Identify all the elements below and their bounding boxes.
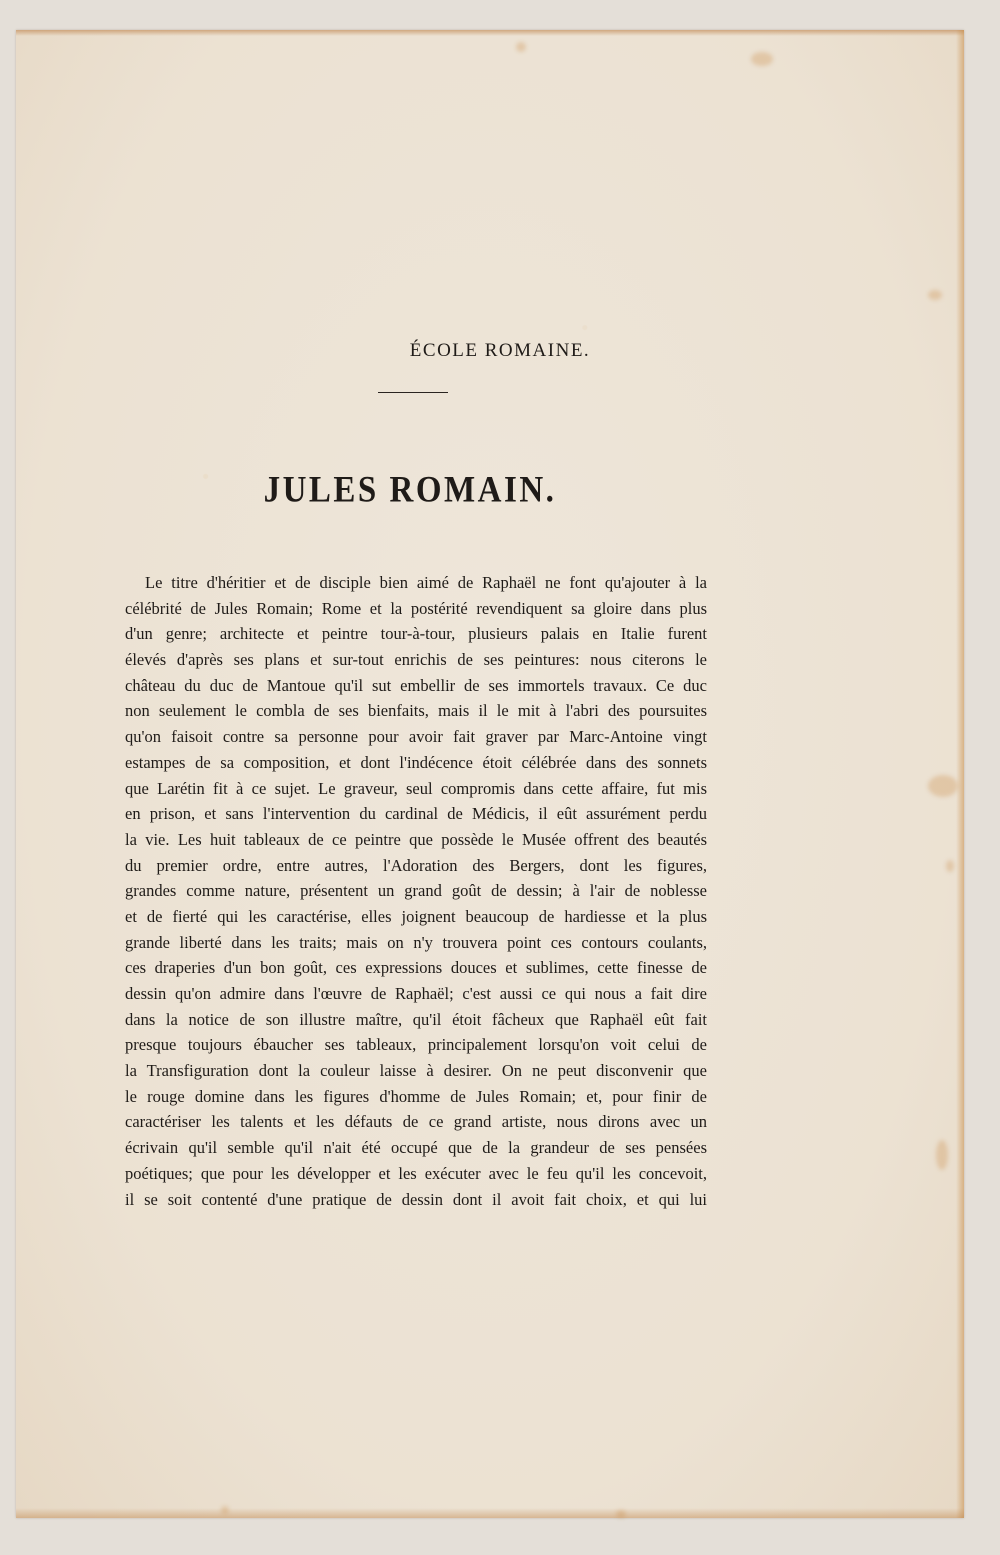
foxing-stain <box>221 1506 229 1514</box>
text-line: poétiques; que pour les développer et le… <box>125 1161 707 1187</box>
text-line: caractériser les talents et les défauts … <box>125 1109 707 1135</box>
text-line: en prison, et sans l'intervention du car… <box>125 801 707 827</box>
text-line: célébrité de Jules Romain; Rome et la po… <box>125 596 707 622</box>
foxing-stain <box>928 775 958 797</box>
text-line: presque toujours ébaucher ses tableaux, … <box>125 1032 707 1058</box>
text-line: que Larétin fit à ce sujet. Le graveur, … <box>125 776 707 802</box>
foxing-stain <box>751 52 773 66</box>
text-line: écrivain qu'il semble qu'il n'ait été oc… <box>125 1135 707 1161</box>
text-line: dessin qu'on admire dans l'œuvre de Raph… <box>125 981 707 1007</box>
foxing-stain <box>516 42 526 52</box>
text-line: et de fierté qui les caractérise, elles … <box>125 904 707 930</box>
text-line: d'un genre; architecte et peintre tour-à… <box>125 621 707 647</box>
page-title: JULES ROMAIN. <box>0 470 820 511</box>
text-line: il se soit contenté d'une pratique de de… <box>125 1187 707 1213</box>
section-divider <box>378 392 448 393</box>
text-line: élevés d'après ses plans et sur-tout enr… <box>125 647 707 673</box>
text-line: le rouge domine dans les figures d'homme… <box>125 1084 707 1110</box>
text-line: grandes comme nature, présentent un gran… <box>125 878 707 904</box>
text-line: estampes de sa composition, et dont l'in… <box>125 750 707 776</box>
sheet-edge-stain <box>956 30 964 1518</box>
text-line: dans la notice de son illustre maître, q… <box>125 1007 707 1033</box>
foxing-stain <box>936 1140 948 1170</box>
text-line: Le titre d'héritier et de disciple bien … <box>125 570 707 596</box>
body-text: Le titre d'héritier et de disciple bien … <box>125 570 707 1212</box>
text-line: qu'on faisoit contre sa personne pour av… <box>125 724 707 750</box>
text-line: du premier ordre, entre autres, l'Adorat… <box>125 853 707 879</box>
school-heading: ÉCOLE ROMAINE. <box>0 340 1000 362</box>
foxing-stain <box>616 1510 626 1518</box>
text-line: non seulement le combla de ses bienfaits… <box>125 698 707 724</box>
text-line: château du duc de Mantoue qu'il sut embe… <box>125 673 707 699</box>
foxing-stain <box>928 290 942 300</box>
text-line: ces draperies d'un bon goût, ces express… <box>125 955 707 981</box>
foxing-stain <box>946 860 954 872</box>
text-line: grande liberté dans les traits; mais on … <box>125 930 707 956</box>
text-line: la Transfiguration dont la couleur laiss… <box>125 1058 707 1084</box>
text-line: la vie. Les huit tableaux de ce peintre … <box>125 827 707 853</box>
